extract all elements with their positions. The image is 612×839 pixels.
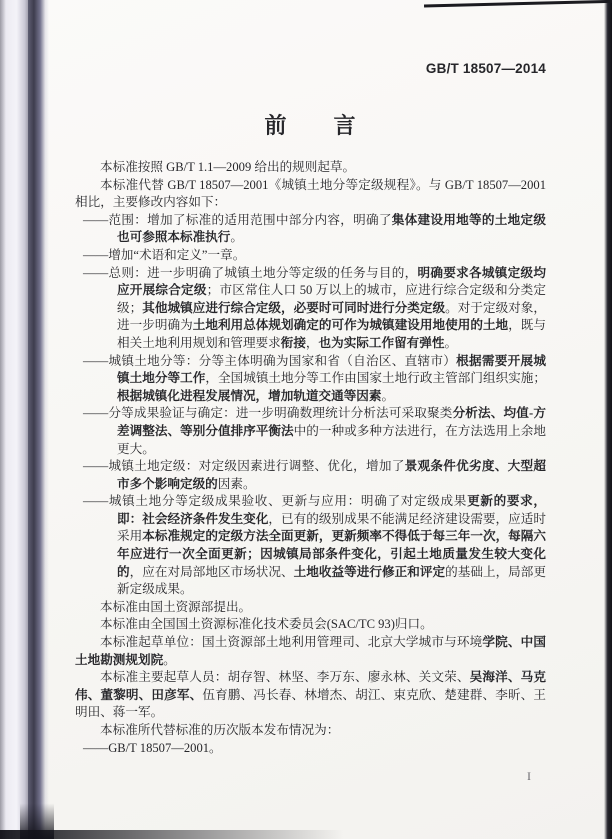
paragraph: 本标准由全国国土资源标准化技术委员会(SAC/TC 93)归口。 (75, 616, 546, 634)
change-list-item: ——分等成果验证与确定：进一步明确数理统计分析法可采取聚类分析法、均值-方差调整… (75, 405, 546, 458)
list-dash: —— (83, 354, 108, 368)
bottom-left-corner-shadow (20, 797, 54, 839)
list-dash: —— (83, 459, 108, 473)
list-dash: —— (83, 213, 108, 227)
paragraph: 本标准所代替标准的历次版本发布情况为： (75, 722, 546, 740)
text-run: 也为实际工作留有弹性 (319, 336, 445, 350)
text-run: 本标准主要起草人员：胡存智、林坚、李万东、廖永林、关文荣、 (100, 670, 470, 684)
change-list-item: ——GB/T 18507—2001。 (75, 740, 546, 758)
text-run: 土地收益等进行修正和评定 (294, 565, 445, 579)
text-run: 本标准由国土资源部提出。 (100, 600, 251, 614)
list-dash: —— (83, 741, 108, 755)
text-run: 其他城镇应进行综合定级，必要时可同时进行分类定级 (142, 301, 445, 315)
body-paragraphs: 本标准按照 GB/T 1.1—2009 给出的规则起草。本标准代替 GB/T 1… (75, 159, 546, 757)
text-run: 土地利用总体规划确定的可作为城镇建设用地使用的土地 (193, 318, 508, 332)
book-spine-shadow (28, 0, 49, 839)
text-run: 城镇土地分等定级成果验收、更新与应用：明确了对定级成果 (108, 494, 467, 508)
page-number: I (521, 769, 537, 784)
list-dash: —— (83, 494, 108, 508)
scanned-document-page: GB/T 18507—2014 前 言 本标准按照 GB/T 1.1—2009 … (0, 0, 612, 839)
change-list-item: ——城镇土地定级：对定级因素进行调整、优化，增加了景观条件优劣度、大型超市多个影… (75, 458, 546, 493)
paragraph: 本标准代替 GB/T 18507—2001《城镇土地分等定级规程》。与 GB/T… (75, 177, 546, 212)
text-run: 分等成果验证与确定：进一步明确数理统计分析法可采取聚类 (108, 406, 452, 420)
paragraph: 本标准主要起草人员：胡存智、林坚、李万东、廖永林、关文荣、吴海洋、马克伟、董黎明… (75, 669, 546, 722)
standard-code: GB/T 18507—2014 (0, 61, 546, 76)
list-dash: —— (83, 248, 108, 262)
paragraph: 本标准起草单位：国土资源部土地利用管理司、北京大学城市与环境学院、中国土地勘测规… (75, 634, 546, 669)
text-run: 。 (230, 230, 243, 244)
text-run: 增加“术语和定义”一章。 (108, 248, 245, 262)
list-dash: —— (83, 266, 108, 280)
text-run: GB/T 18507—2001。 (108, 741, 221, 755)
change-list-item: ——范围：增加了标准的适用范围中部分内容，明确了集体建设用地等的土地定级也可参照… (75, 212, 546, 247)
text-run: 本标准代替 GB/T 18507—2001《城镇土地分等定级规程》。与 GB/T… (75, 178, 546, 210)
change-list-item: ——总则：进一步明确了城镇土地分等定级的任务与目的，明确要求各城镇定级均应开展综… (75, 265, 546, 353)
text-run: 衔接 (281, 336, 306, 350)
text-run: 本标准所代替标准的历次版本发布情况为： (100, 723, 339, 737)
text-run: 本标准起草单位：国土资源部土地利用管理司、北京大学城市与环境 (100, 635, 482, 649)
text-run: ， (306, 336, 319, 350)
text-run: 城镇土地分等：分等主体明确为国家和省（自治区、直辖市） (108, 354, 456, 368)
paragraph: 本标准由国土资源部提出。 (75, 599, 546, 617)
paragraph: 本标准按照 GB/T 1.1—2009 给出的规则起草。 (75, 159, 546, 177)
page-title: 前 言 (75, 109, 546, 140)
change-list-item: ——城镇土地分等定级成果验收、更新与应用：明确了对定级成果更新的要求，即：社会经… (75, 493, 546, 599)
change-list-item: ——城镇土地分等：分等主体明确为国家和省（自治区、直辖市）根据需要开展城镇土地分… (75, 353, 546, 406)
text-run: ，全国城镇土地分等工作由国家土地行政主管部门组织实施； (205, 371, 546, 385)
change-list-item: ——增加“术语和定义”一章。 (75, 247, 546, 265)
text-run: 本标准按照 GB/T 1.1—2009 给出的规则起草。 (100, 160, 355, 174)
text-run: 。 (444, 336, 457, 350)
list-dash: —— (83, 406, 108, 420)
bottom-edge-shadow (0, 830, 390, 839)
text-run: 。 (381, 389, 394, 403)
text-run: 城镇土地定级：对定级因素进行调整、优化，增加了 (108, 459, 404, 473)
text-run: 。 (163, 653, 176, 667)
text-run: 因素。 (218, 477, 256, 491)
left-page-margin-shadow (0, 0, 30, 839)
text-run: ，应在对局部地区市场状况、 (130, 565, 294, 579)
text-run: 本标准由全国国土资源标准化技术委员会(SAC/TC 93)归口。 (100, 617, 433, 631)
right-edge-shadow (604, 0, 612, 839)
text-run: 范围：增加了标准的适用范围中部分内容，明确了 (108, 213, 392, 227)
top-edge-line (424, 0, 612, 7)
text-run: 总则：进一步明确了城镇土地分等定级的任务与目的， (108, 266, 417, 280)
text-run: 根据城镇化进程发展情况，增加轨道交通等因素 (117, 389, 381, 403)
